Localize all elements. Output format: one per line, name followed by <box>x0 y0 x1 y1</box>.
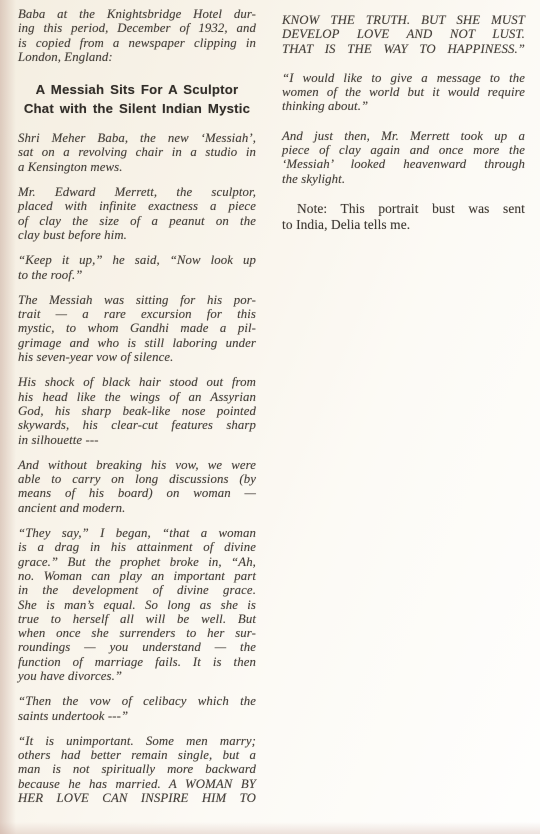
text-line: no. Woman can play an important part <box>18 569 256 583</box>
text-line: grace.” But the prophet broke in, “Ah, <box>18 555 256 569</box>
article-heading: A Messiah Sits For A SculptorChat with t… <box>18 80 256 118</box>
text-line: The Messiah was sitting for his por- <box>18 293 256 307</box>
text-line: others had better remain single, but a <box>18 748 256 762</box>
text-line: roundings — you understand — the <box>18 640 256 654</box>
text-line: is a drag in his attainment of divine <box>18 540 256 554</box>
text-line: trait — a rare excursion for this <box>18 307 256 321</box>
paragraph: “They say,” I began, “that a womanis a d… <box>18 526 256 683</box>
text-line: saints undertook ---” <box>18 709 256 723</box>
text-line: clay bust before him. <box>18 228 256 242</box>
text-line: “It is unimportant. Some men marry; <box>18 734 256 748</box>
text-line: when once she surrenders to her sur- <box>18 626 256 640</box>
heading-line: A Messiah Sits For A Sculptor <box>18 80 256 99</box>
text-line: his head like the wings of an Assyrian <box>18 390 256 404</box>
text-line: grimage and who is still laboring under <box>18 336 256 350</box>
text-line: women of the world but it would require <box>282 85 525 99</box>
note-paragraph: Note: This portrait bust was sentto Indi… <box>282 201 525 233</box>
text-line: “I would like to give a message to the <box>282 71 525 85</box>
text-line: And just then, Mr. Merrett took up a <box>282 129 525 143</box>
paragraph: And just then, Mr. Merrett took up apiec… <box>282 129 525 186</box>
text-line: KNOW THE TRUTH. BUT SHE MUST <box>282 13 525 27</box>
text-line: to the roof.” <box>18 268 256 282</box>
text-line: of clay the size of a peanut on the <box>18 214 256 228</box>
text-line: “Then the vow of celibacy which the <box>18 694 256 708</box>
text-line: And without breaking his vow, we were <box>18 458 256 472</box>
text-line: true to herself all will be well. But <box>18 612 256 626</box>
text-line: She is man’s equal. So long as she is <box>18 598 256 612</box>
paragraph: Baba at the Knightsbridge Hotel dur-ing … <box>18 7 256 64</box>
text-line: His shock of black hair stood out from <box>18 375 256 389</box>
text-line: means of his board) on woman — <box>18 486 256 500</box>
text-line: Shri Meher Baba, the new ‘Messiah’, <box>18 131 256 145</box>
text-line: mystic, to whom Gandhi made a pil- <box>18 321 256 335</box>
paragraph: And without breaking his vow, we wereabl… <box>18 458 256 515</box>
text-line: Mr. Edward Merrett, the sculptor, <box>18 185 256 199</box>
text-line: is copied from a newspaper clipping in <box>18 36 256 50</box>
text-line: man is not spiritually more backward <box>18 762 256 776</box>
text-line: Note: This portrait bust was sent <box>282 201 525 217</box>
text-line: ‘Messiah’ looked heavenward through <box>282 157 525 171</box>
text-line: God, his sharp beak-like nose pointed <box>18 404 256 418</box>
heading-line: Chat with the Silent Indian Mystic <box>18 99 256 118</box>
text-line: DEVELOP LOVE AND NOT LUST. <box>282 27 525 41</box>
text-line: because he has married. A WOMAN BY <box>18 777 256 791</box>
paragraph: “It is unimportant. Some men marry;other… <box>18 734 256 805</box>
text-line: “Keep it up,” he said, “Now look up <box>18 253 256 267</box>
text-line: THAT IS THE WAY TO HAPPINESS.” <box>282 42 525 56</box>
paragraph: Mr. Edward Merrett, the sculptor,placed … <box>18 185 256 242</box>
text-line: London, England: <box>18 50 256 64</box>
left-column: Baba at the Knightsbridge Hotel dur-ing … <box>18 0 256 834</box>
text-line: placed with infinite exactness a piece <box>18 199 256 213</box>
text-line: his seven-year vow of silence. <box>18 350 256 364</box>
text-line: skywards, his clear-cut features sharp <box>18 418 256 432</box>
text-line: ancient and modern. <box>18 501 256 515</box>
paragraph: “I would like to give a message to thewo… <box>282 71 525 114</box>
paragraph: Shri Meher Baba, the new ‘Messiah’,sat o… <box>18 131 256 174</box>
paragraph: “Then the vow of celibacy which thesaint… <box>18 694 256 723</box>
scanned-page: Baba at the Knightsbridge Hotel dur-ing … <box>0 0 540 834</box>
text-line: “They say,” I began, “that a woman <box>18 526 256 540</box>
text-line: in silhouette --- <box>18 433 256 447</box>
text-line: a Kensington mews. <box>18 160 256 174</box>
text-line: you have divorces.” <box>18 669 256 683</box>
text-line: function of marriage fails. It is then <box>18 655 256 669</box>
text-line: in the development of divine grace. <box>18 583 256 597</box>
paragraph: His shock of black hair stood out fromhi… <box>18 375 256 446</box>
text-line: the skylight. <box>282 172 525 186</box>
right-column: KNOW THE TRUTH. BUT SHE MUSTDEVELOP LOVE… <box>282 0 525 834</box>
text-line: sat on a revolving chair in a studio in <box>18 145 256 159</box>
text-line: ing this period, December of 1932, and <box>18 21 256 35</box>
text-line: able to carry on long discussions (by <box>18 472 256 486</box>
text-line: Baba at the Knightsbridge Hotel dur- <box>18 7 256 21</box>
text-line: thinking about.” <box>282 99 525 113</box>
paragraph: The Messiah was sitting for his por-trai… <box>18 293 256 364</box>
paragraph: KNOW THE TRUTH. BUT SHE MUSTDEVELOP LOVE… <box>282 13 525 56</box>
text-line: piece of clay again and once more the <box>282 143 525 157</box>
text-line: to India, Delia tells me. <box>282 217 525 233</box>
paragraph: “Keep it up,” he said, “Now look upto th… <box>18 253 256 282</box>
text-line: HER LOVE CAN INSPIRE HIM TO <box>18 791 256 805</box>
